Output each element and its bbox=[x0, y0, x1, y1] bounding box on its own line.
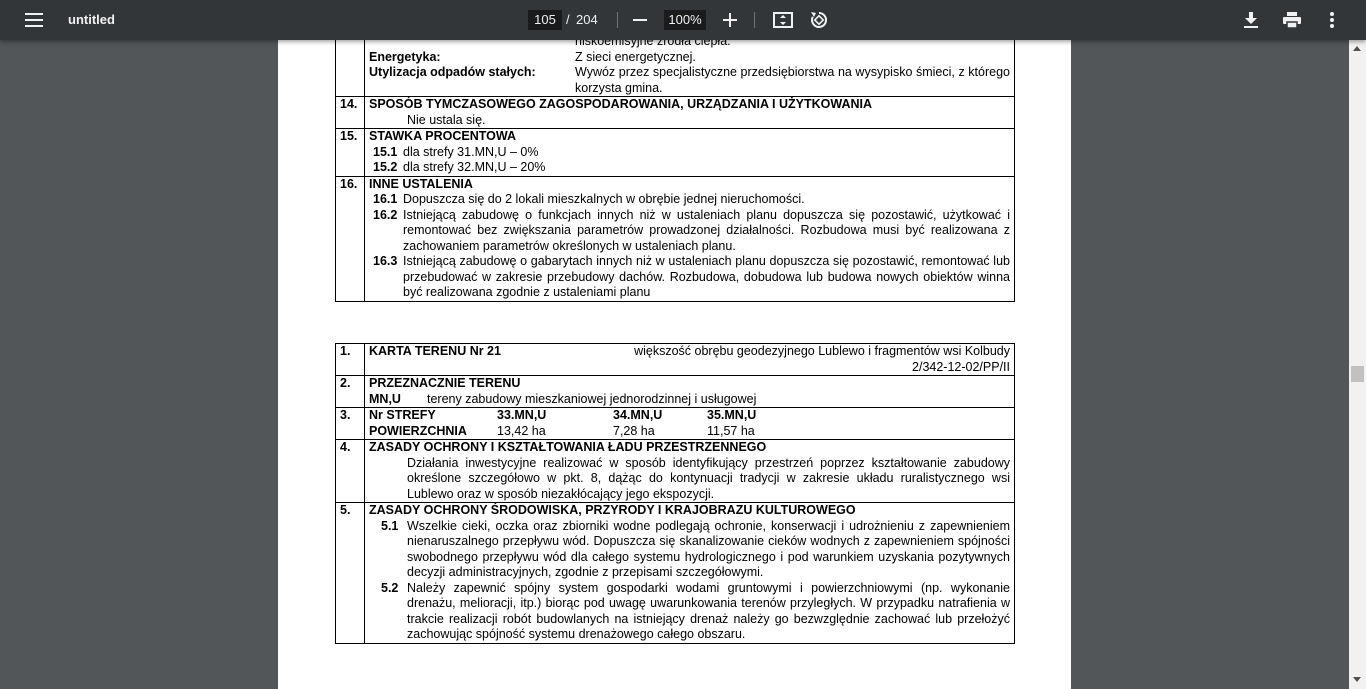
section-heading: ZASADY OCHRONY ŚRODOWISKA, PRZYRODY I KR… bbox=[369, 503, 1010, 519]
rotate-icon[interactable] bbox=[805, 6, 833, 34]
table-row: 3. Nr STREFY 33.MN,U 34.MN,U 35.MN,U POW… bbox=[336, 408, 1015, 440]
table-row: 5. ZASADY OCHRONY ŚRODOWISKA, PRZYRODY I… bbox=[336, 503, 1015, 644]
waste-value: Wywóz przez specjalistyczne przedsiębior… bbox=[575, 65, 1010, 96]
card-heading: KARTA TERENU Nr 21 bbox=[369, 344, 501, 360]
table-card-21: 1. KARTA TERENU Nr 21 większość obrębu g… bbox=[335, 343, 1015, 644]
section-heading: ZASADY OCHRONY I KSZTAŁTOWANIA ŁADU PRZE… bbox=[369, 440, 1010, 456]
zoom-out-icon[interactable] bbox=[626, 6, 654, 34]
pdf-toolbar: untitled 105 / 204 100% bbox=[0, 0, 1366, 40]
section-heading: PRZEZNACZNIE TERENU bbox=[369, 376, 1010, 392]
table-row: 16. INNE USTALENIA 16.1Dopuszcza się do … bbox=[336, 176, 1015, 301]
zone-id: 33.MN,U bbox=[497, 408, 613, 424]
zone-id: 35.MN,U bbox=[707, 408, 756, 424]
rule-item: Dopuszcza się do 2 lokali mieszkalnych w… bbox=[403, 192, 1010, 208]
section-text: Nie ustala się. bbox=[369, 113, 1010, 129]
section-heading: SPOSÓB TYMCZASOWEGO ZAGOSPODAROWANIA, UR… bbox=[369, 97, 1010, 113]
table-row: 14. SPOSÓB TYMCZASOWEGO ZAGOSPODAROWANIA… bbox=[336, 97, 1015, 129]
more-options-icon[interactable] bbox=[1318, 6, 1346, 34]
menu-icon[interactable] bbox=[20, 6, 48, 34]
fit-page-icon[interactable] bbox=[769, 6, 797, 34]
table-row: 4. ZASADY OCHRONY I KSZTAŁTOWANIA ŁADU P… bbox=[336, 440, 1015, 503]
energy-label: Energetyka: bbox=[369, 50, 575, 66]
table-row: 2. PRZEZNACZNIE TERENU MN,Utereny zabudo… bbox=[336, 376, 1015, 408]
zone-area: 7,28 ha bbox=[613, 424, 707, 440]
zone-area: 13,42 ha bbox=[497, 424, 613, 440]
download-icon[interactable] bbox=[1237, 6, 1265, 34]
page-separator: / bbox=[566, 12, 570, 27]
env-rule-item: Należy zapewnić spójny system gospodarki… bbox=[407, 581, 1010, 643]
zoom-in-icon[interactable] bbox=[716, 6, 744, 34]
table-row: 1. KARTA TERENU Nr 21 większość obrębu g… bbox=[336, 344, 1015, 376]
toolbar-divider bbox=[754, 12, 755, 28]
zone-area: 11,57 ha bbox=[707, 424, 755, 440]
zoom-level-input[interactable]: 100% bbox=[664, 10, 706, 30]
total-pages: 204 bbox=[576, 12, 598, 27]
scroll-down-arrow-icon[interactable] bbox=[1353, 677, 1361, 682]
card-location: większość obrębu geodezyjnego Lublewo i … bbox=[634, 344, 1010, 360]
rule-item: Istniejącą zabudowę o funkcjach innych n… bbox=[403, 208, 1010, 255]
table-row: 15. STAWKA PROCENTOWA 15.1dla strefy 31.… bbox=[336, 129, 1015, 177]
page-number-input[interactable]: 105 bbox=[528, 10, 562, 30]
section-heading: STAWKA PROCENTOWA bbox=[369, 129, 1010, 145]
zone-purpose: tereny zabudowy mieszkaniowej jednorodzi… bbox=[427, 392, 756, 408]
pdf-page: niskoemisyjne źródła ciepła. Energetyka:… bbox=[278, 0, 1071, 689]
waste-label: Utylizacja odpadów stałych: bbox=[369, 65, 575, 96]
section-heading: INNE USTALENIA bbox=[369, 177, 1010, 193]
vertical-scrollbar[interactable] bbox=[1349, 40, 1366, 689]
rate-item: dla strefy 32.MN,U – 20% bbox=[403, 160, 1010, 176]
rate-item: dla strefy 31.MN,U – 0% bbox=[403, 145, 1010, 161]
env-rule-item: Wszelkie cieki, oczka oraz zbiorniki wod… bbox=[407, 519, 1010, 581]
zone-id: 34.MN,U bbox=[613, 408, 707, 424]
scrollbar-thumb[interactable] bbox=[1351, 366, 1364, 382]
rule-item: Istniejącą zabudowę o gabarytach innych … bbox=[403, 254, 1010, 301]
zone-symbol: MN,U bbox=[369, 392, 427, 408]
toolbar-divider bbox=[617, 12, 618, 28]
scroll-up-arrow-icon[interactable] bbox=[1353, 46, 1361, 51]
section-text: Działania inwestycyjne realizować w spos… bbox=[369, 456, 1010, 503]
card-code: 2/342-12-02/PP/II bbox=[369, 360, 1010, 376]
document-title: untitled bbox=[68, 12, 115, 27]
table-card-continued: niskoemisyjne źródła ciepła. Energetyka:… bbox=[335, 34, 1015, 302]
energy-value: Z sieci energetycznej. bbox=[575, 50, 696, 66]
print-icon[interactable] bbox=[1278, 6, 1306, 34]
